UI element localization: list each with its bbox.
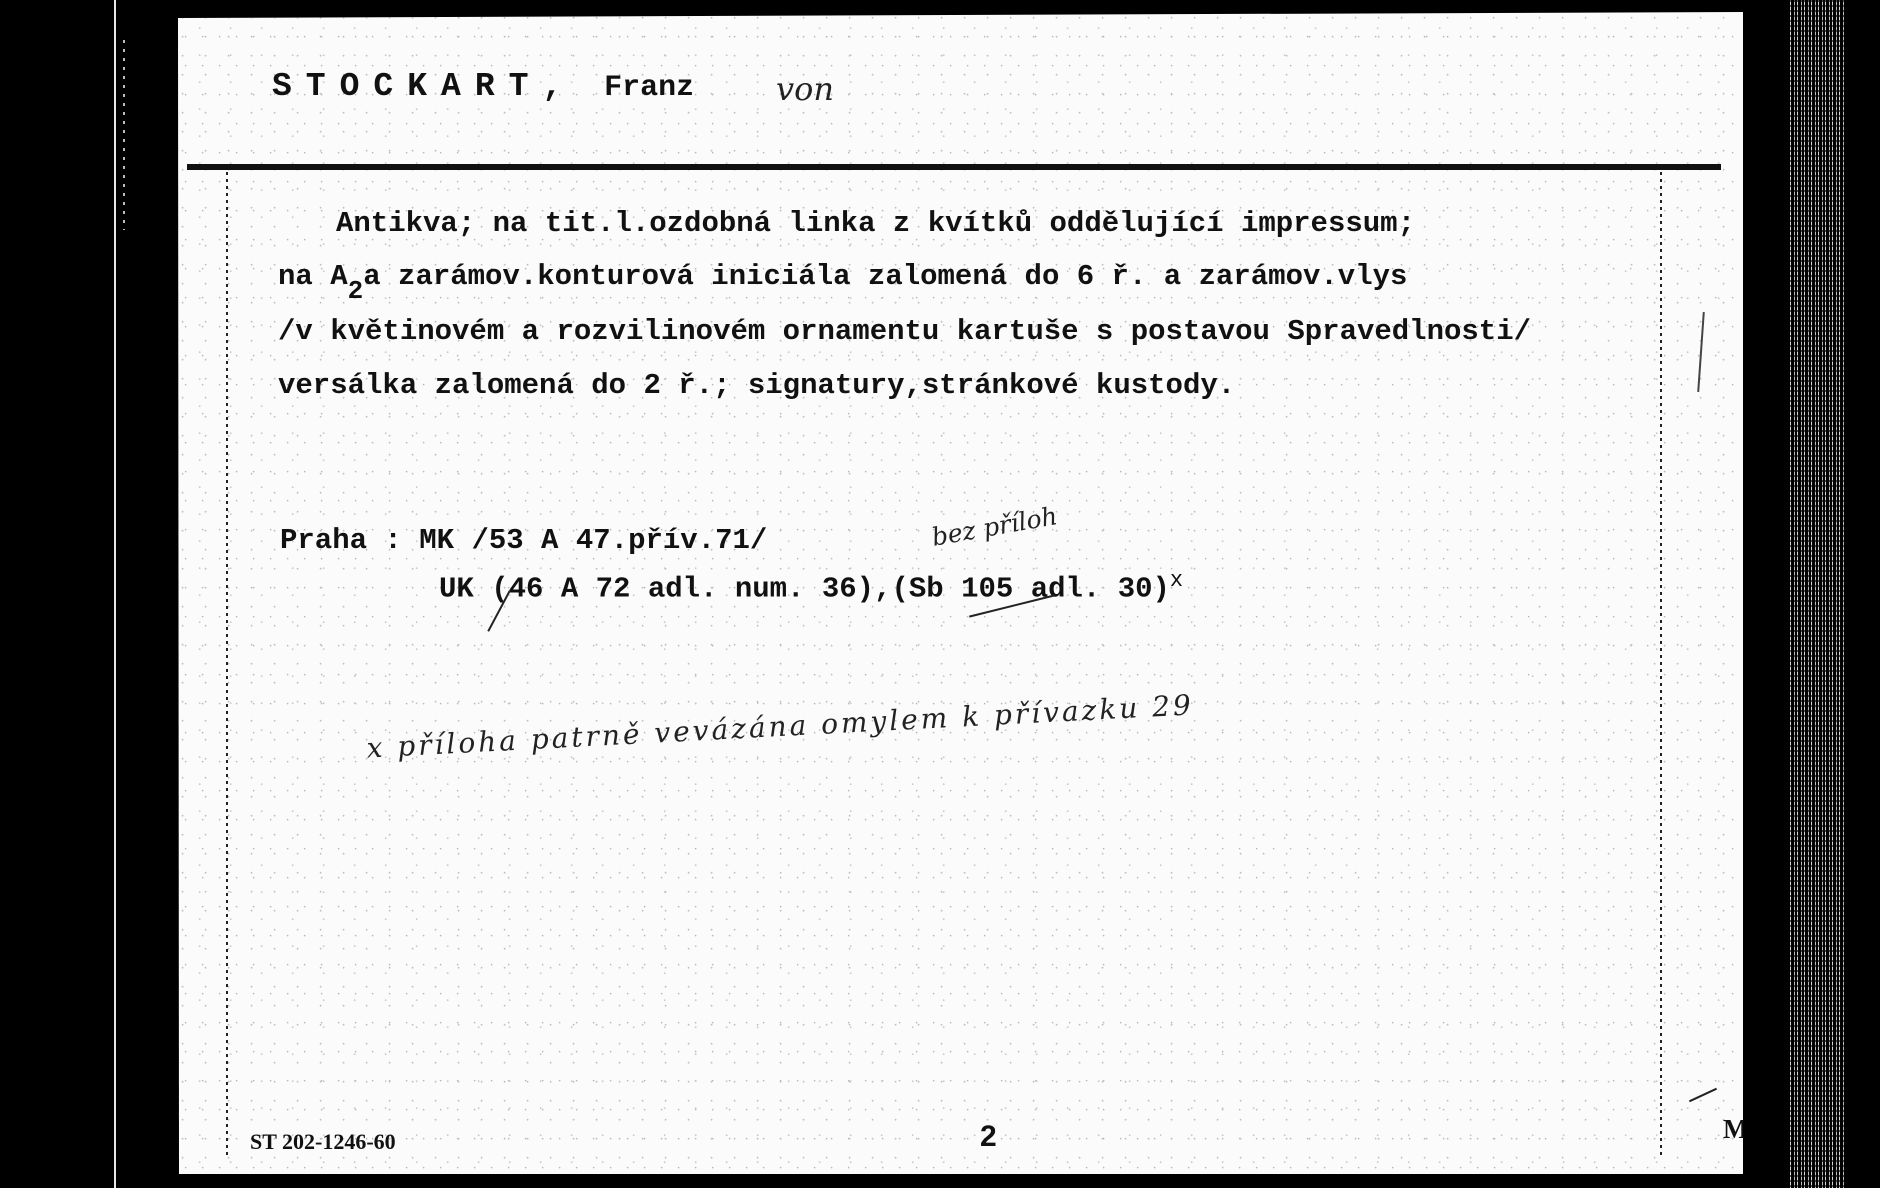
- line-2-prefix: na A: [278, 260, 348, 293]
- holdings-mark: x: [1170, 568, 1183, 593]
- description-line-1: Antikva; na tit.l.ozdobná linka z kvítků…: [336, 207, 1415, 240]
- scan-edge-line: [114, 0, 116, 1188]
- handwritten-note: x příloha patrně vevázána omylem k příva…: [366, 688, 1195, 764]
- handwritten-von: von: [776, 70, 834, 108]
- corner-check-mark: [1689, 1088, 1717, 1102]
- margin-pencil-mark: [1697, 312, 1705, 392]
- corner-text: Mo: [1723, 1114, 1762, 1145]
- description-line-4: versálka zalomená do 2 ř.; signatury,str…: [278, 369, 1235, 402]
- holdings-mk: MK /53 A 47.přív.71/: [419, 524, 767, 557]
- heading-surname: STOCKART: [272, 68, 542, 105]
- scan-edge-dots: [123, 40, 125, 230]
- left-margin-guide: [226, 172, 228, 1157]
- catalog-card: STOCKART, Franz von Antikva; na tit.l.oz…: [178, 12, 1743, 1174]
- description-line-2: na A2a zarámov.konturová iniciála zalome…: [278, 260, 1407, 293]
- holdings-line-2: UK (46 A 72 adl. num. 36),(Sb 105 adl. 3…: [439, 568, 1183, 606]
- holdings-uk: UK (46 A 72 adl. num. 36),(Sb 105 adl. 3…: [439, 573, 1170, 606]
- holdings-city: Praha :: [280, 524, 402, 557]
- form-code: ST 202-1246-60: [250, 1129, 396, 1155]
- signature-subscript: 2: [348, 276, 364, 306]
- holdings-line-1: Praha : MK /53 A 47.přív.71/: [280, 524, 767, 557]
- description-line-3: /v květinovém a rozvilinovém ornamentu k…: [278, 315, 1531, 348]
- handwritten-bez-prilog: bez příloh: [929, 501, 1059, 552]
- right-margin-guide: [1660, 172, 1662, 1157]
- line-2-rest: a zarámov.konturová iniciála zalomená do…: [363, 260, 1407, 293]
- card-heading: STOCKART, Franz: [272, 68, 694, 105]
- header-rule: [187, 164, 1721, 170]
- page-number: 2: [980, 1120, 997, 1154]
- heading-given-name: Franz: [604, 71, 694, 105]
- scanner-stripe-border: [1790, 0, 1846, 1188]
- heading-comma: ,: [542, 68, 576, 105]
